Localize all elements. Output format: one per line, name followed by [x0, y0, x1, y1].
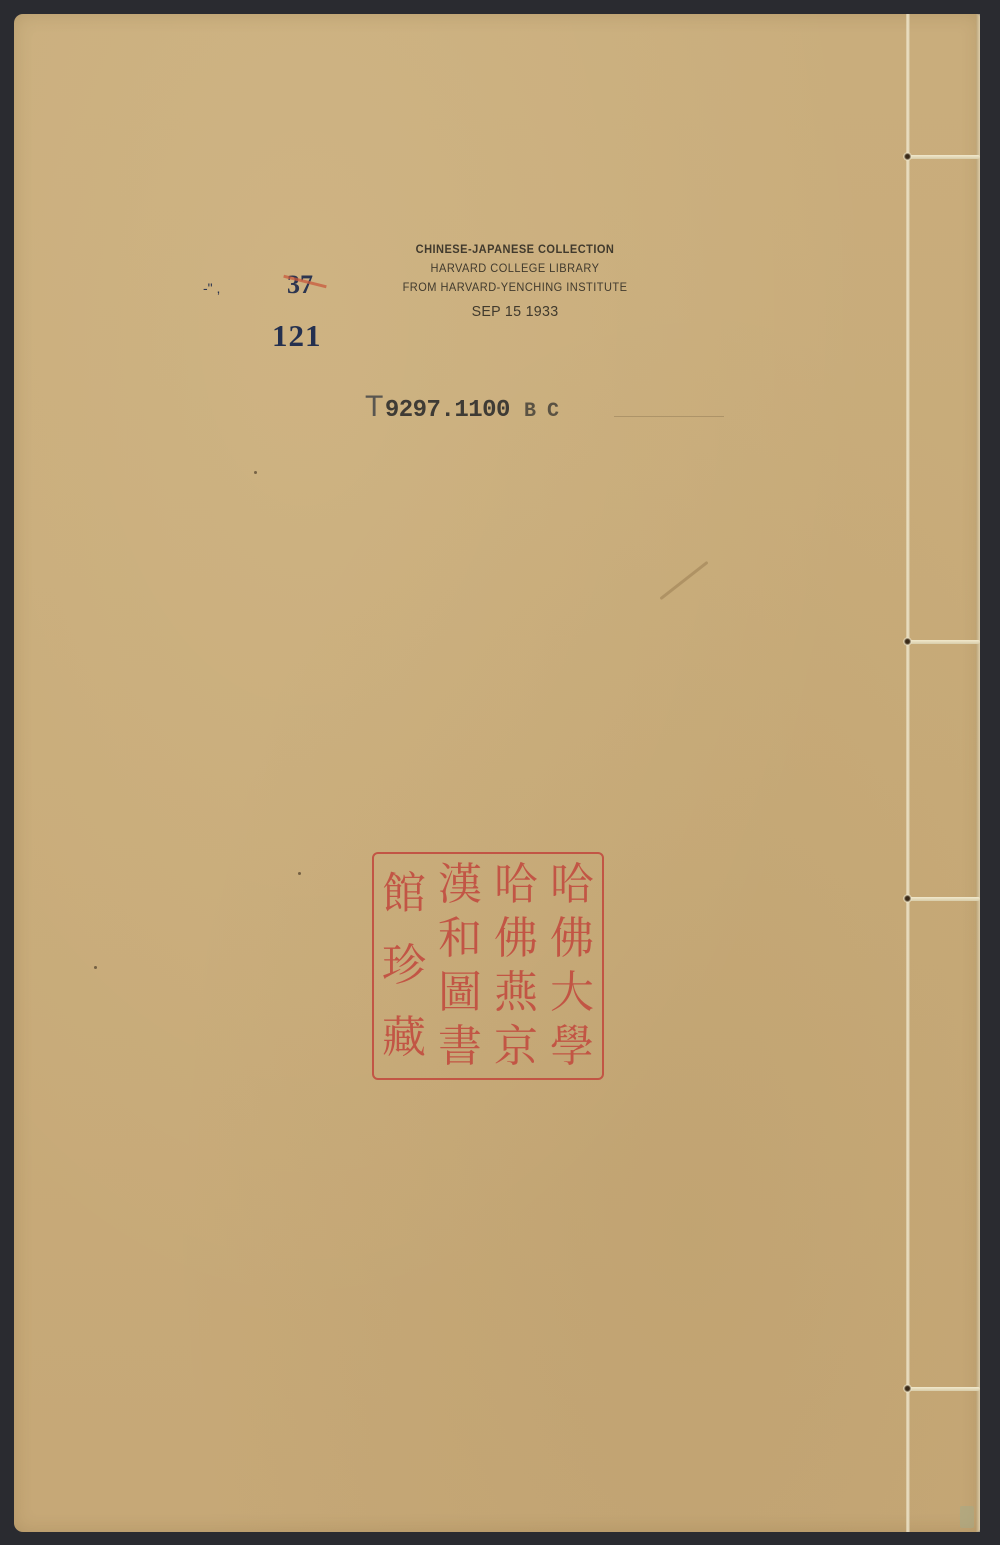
- stitch-hole-icon: [903, 152, 912, 161]
- stamp-line-library: HARVARD COLLEGE LIBRARY: [382, 259, 649, 278]
- seal-char: 學: [550, 1025, 594, 1069]
- stitch-hole-icon: [903, 1384, 912, 1393]
- call-number-suffix: B C: [524, 400, 559, 423]
- call-number: T9297.1100B C: [365, 390, 558, 424]
- seal-char: 燕: [494, 971, 538, 1015]
- new-accession-number: 121: [272, 318, 322, 354]
- seal-char: 大: [550, 971, 594, 1015]
- paper-speck: [298, 872, 301, 875]
- seal-column-3: 漢 和 圖 書: [432, 858, 488, 1074]
- stamp-line-source: FROM HARVARD-YENCHING INSTITUTE: [382, 278, 649, 297]
- spine-edge: [976, 14, 980, 1532]
- seal-char: 哈: [494, 863, 538, 907]
- paper-speck: [94, 966, 97, 969]
- stamp-line-collection: CHINESE-JAPANESE COLLECTION: [382, 240, 649, 259]
- seal-char: 哈: [550, 863, 594, 907]
- binding-stitch: [907, 1387, 980, 1391]
- stitch-hole-icon: [903, 637, 912, 646]
- binding-thread-vertical: [906, 14, 910, 1532]
- paper-crease: [659, 561, 708, 600]
- call-number-prefix: T: [365, 390, 383, 423]
- pencil-marks: -" ,: [203, 280, 220, 296]
- seal-char: 館: [382, 872, 426, 916]
- seal-column-4: 館 珍 藏: [376, 858, 432, 1074]
- seal-column-2: 哈 佛 燕 京: [488, 858, 544, 1074]
- library-seal: 哈 佛 大 學 哈 佛 燕 京 漢 和 圖 書 館 珍 藏: [372, 852, 604, 1080]
- seal-char: 佛: [550, 917, 594, 961]
- stitch-hole-icon: [903, 894, 912, 903]
- old-accession-number: 37: [287, 270, 313, 300]
- stamp-date: SEP 15 1933: [377, 299, 653, 325]
- seal-char: 佛: [494, 917, 538, 961]
- paper-speck: [254, 471, 257, 474]
- seal-column-1: 哈 佛 大 學: [544, 858, 600, 1074]
- seal-char: 藏: [382, 1016, 426, 1060]
- seal-char: 漢: [438, 863, 482, 907]
- seal-char: 京: [494, 1025, 538, 1069]
- binding-stitch: [907, 155, 980, 159]
- binding-stitch: [907, 640, 980, 644]
- old-number-text: 37: [287, 270, 313, 299]
- seal-char: 珍: [382, 944, 426, 988]
- seal-char: 書: [438, 1025, 482, 1069]
- faint-mark: [614, 416, 724, 417]
- seal-char: 和: [438, 917, 482, 961]
- call-number-value: 9297.1100: [385, 397, 510, 424]
- binding-stitch: [907, 897, 980, 901]
- library-receipt-stamp: CHINESE-JAPANESE COLLECTION HARVARD COLL…: [370, 240, 660, 325]
- seal-char: 圖: [438, 971, 482, 1015]
- corner-wear: [960, 1506, 974, 1528]
